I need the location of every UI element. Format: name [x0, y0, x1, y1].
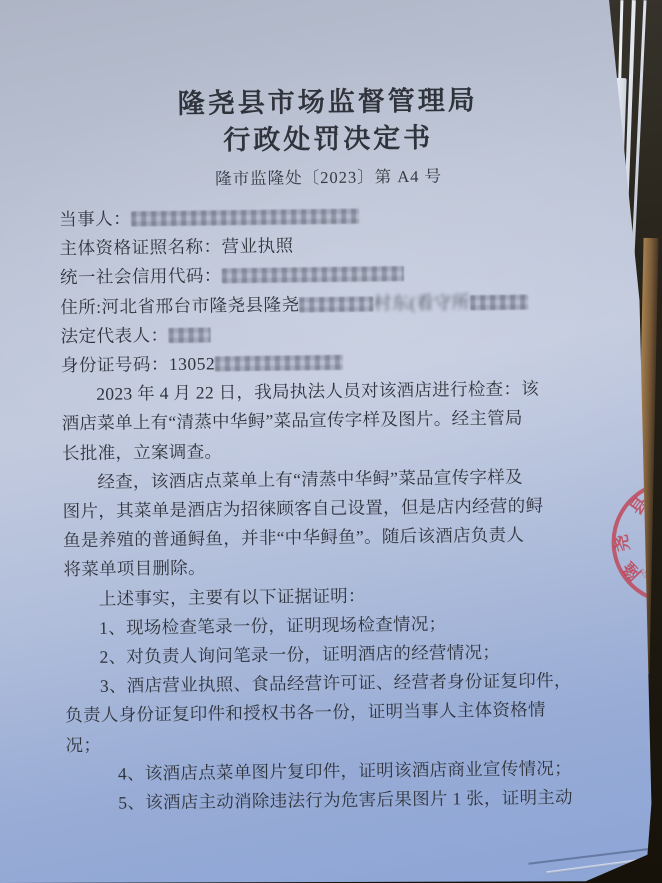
field-id-number-label: 身份证号码： [61, 354, 169, 375]
document-content: 隆尧县市场监督管理局 行政处罚决定书 隆市监隆处〔2023〕第 A4 号 当事人… [58, 81, 607, 819]
field-address-label: 住所: [60, 296, 102, 317]
photo-background: 隆尧县市场监督管理局 行政处罚决定书 隆市监隆处〔2023〕第 A4 号 当事人… [0, 0, 662, 883]
field-id-number-visible: 13052 [169, 353, 215, 374]
body-line: 5、该酒店主动消除违法行为危害后果图片 1 张，证明主动 [66, 783, 606, 819]
redacted-party-name [131, 209, 359, 227]
document-number: 隆市监隆处〔2023〕第 A4 号 [59, 161, 599, 192]
field-address-partial: 村东(看守所 [373, 292, 470, 313]
document-body: 2023 年 4 月 22 日，我局执法人员对该酒店进行检查：该 酒店菜单上有“… [61, 374, 606, 819]
document-title-type: 行政处罚决定书 [58, 118, 598, 162]
redacted-address-part [470, 294, 528, 310]
field-party-label: 当事人： [59, 208, 131, 229]
field-credit-code-label: 统一社会信用代码： [60, 266, 222, 288]
field-license-value: 营业执照 [221, 236, 293, 257]
field-legal-rep-label: 法定代表人： [60, 325, 168, 346]
field-address-visible: 河北省邢台市隆尧县隆尧 [101, 294, 299, 316]
page-corner-line [528, 847, 655, 865]
document-page: 隆尧县市场监督管理局 行政处罚决定书 隆市监隆处〔2023〕第 A4 号 当事人… [0, 0, 662, 883]
party-info-section: 当事人： 主体资格证照名称：营业执照 统一社会信用代码： 住所:河北省邢台市隆尧… [59, 199, 601, 381]
seal-char: 尧 [612, 533, 634, 553]
redacted-credit-code [222, 267, 404, 284]
redacted-legal-rep [168, 327, 210, 343]
field-license-label: 主体资格证照名称： [59, 237, 221, 259]
redacted-address-part [300, 296, 374, 312]
redacted-id-number [215, 355, 343, 372]
